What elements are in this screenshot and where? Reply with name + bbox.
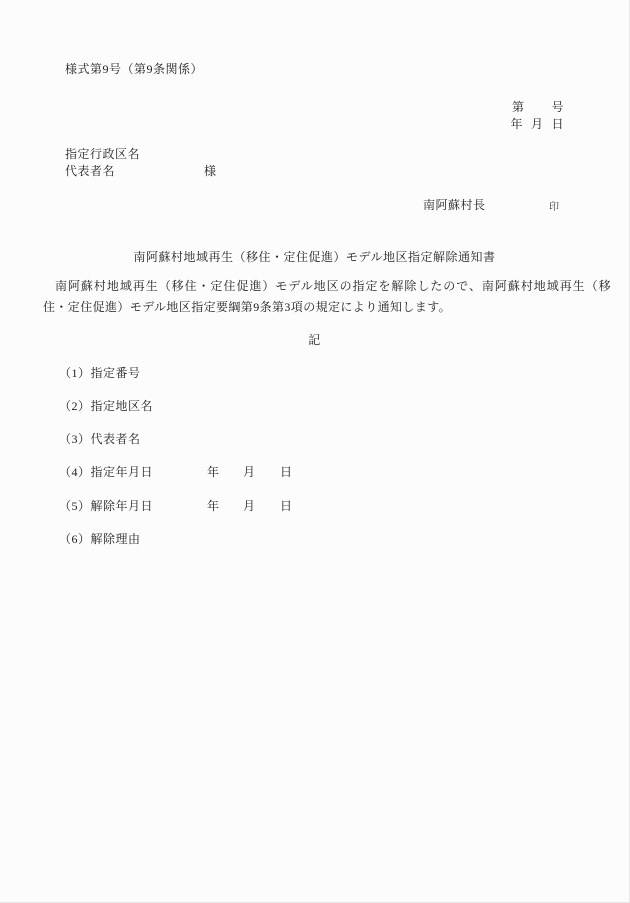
item-label: （2）指定地区名 bbox=[59, 397, 153, 414]
date-day-label: 日 bbox=[280, 497, 293, 514]
item-label: （1）指定番号 bbox=[59, 364, 141, 381]
doc-number-prefix: 第 bbox=[512, 98, 525, 115]
doc-number-line: 第 号 bbox=[512, 98, 564, 115]
list-item-4: （4）指定年月日 年 月 日 bbox=[0, 463, 630, 479]
item-label: （3）代表者名 bbox=[59, 430, 141, 447]
issue-date-line: 年 月 日 bbox=[510, 115, 564, 132]
list-item-1: （1）指定番号 bbox=[0, 364, 630, 380]
addressee-district-label: 指定行政区名 bbox=[65, 145, 140, 162]
seal-mark: 印 bbox=[549, 198, 560, 213]
item-label: （6）解除理由 bbox=[59, 530, 141, 547]
doc-number-suffix: 号 bbox=[551, 98, 564, 115]
document-title: 南阿蘇村地域再生（移住・定住促進）モデル地区指定解除通知書 bbox=[0, 248, 629, 265]
date-day-label: 日 bbox=[280, 463, 293, 480]
sender-name: 南阿蘇村長 bbox=[423, 196, 486, 213]
item-label: （4）指定年月日 bbox=[59, 463, 153, 480]
item-label: （5）解除年月日 bbox=[59, 497, 153, 514]
form-number: 様式第9号（第9条関係） bbox=[65, 60, 203, 77]
date-month-label: 月 bbox=[243, 463, 256, 480]
issue-date-month-label: 月 bbox=[531, 115, 544, 132]
issue-date-day-label: 日 bbox=[551, 115, 564, 132]
honorific-label: 様 bbox=[204, 162, 217, 179]
list-item-3: （3）代表者名 bbox=[0, 430, 630, 446]
issue-date-year-label: 年 bbox=[510, 115, 523, 132]
body-paragraph: 南阿蘇村地域再生（移住・定住促進）モデル地区の指定を解除したので、南阿蘇村地域再… bbox=[43, 276, 611, 318]
date-year-label: 年 bbox=[207, 497, 220, 514]
date-year-label: 年 bbox=[207, 463, 220, 480]
addressee-representative-label: 代表者名 bbox=[65, 162, 115, 179]
list-item-2: （2）指定地区名 bbox=[0, 397, 630, 413]
record-heading: 記 bbox=[0, 331, 629, 348]
document-page: 様式第9号（第9条関係） 第 号 年 月 日 指定行政区名 代表者名 様 南阿蘇… bbox=[0, 0, 630, 903]
date-month-label: 月 bbox=[243, 497, 256, 514]
list-item-5: （5）解除年月日 年 月 日 bbox=[0, 497, 630, 513]
list-item-6: （6）解除理由 bbox=[0, 530, 630, 546]
